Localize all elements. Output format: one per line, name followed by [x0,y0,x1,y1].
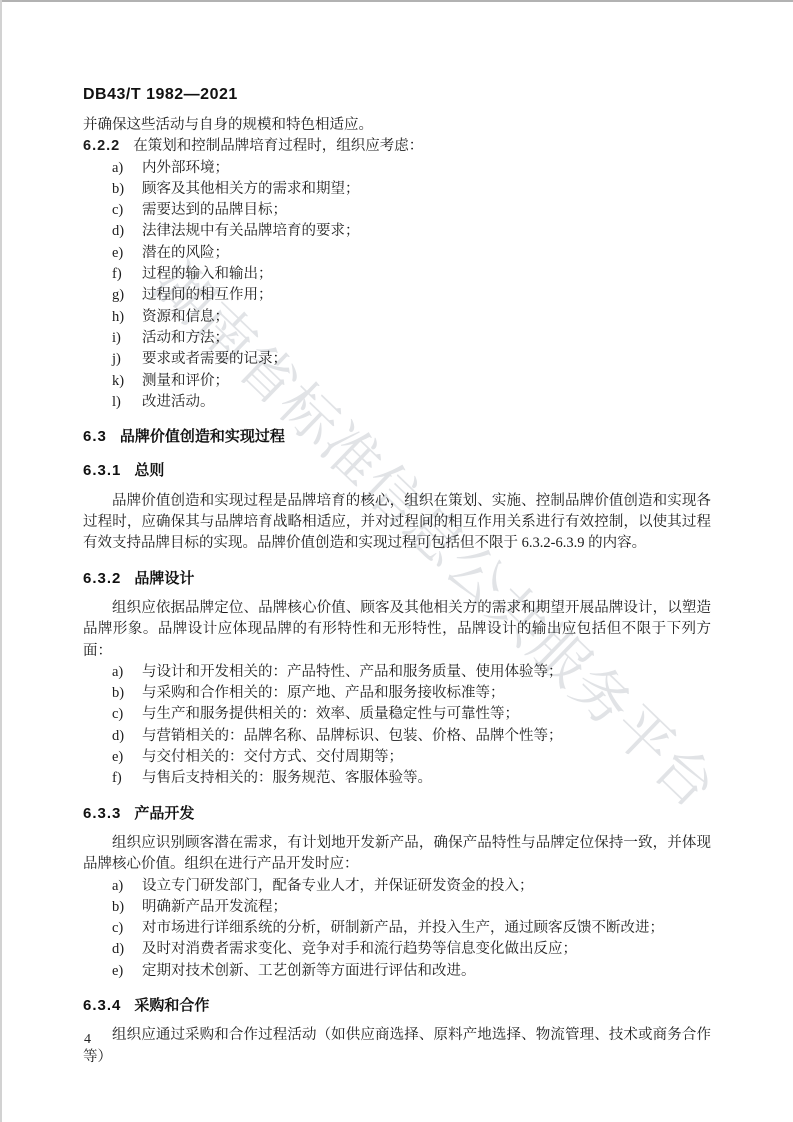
list-item-marker: d) [112,221,142,242]
heading-text: 产品开发 [134,805,194,822]
page-top-edge [0,0,793,2]
list-item-marker: l) [112,392,142,413]
list-item-text: 活动和方法； [142,330,229,346]
document-body: 并确保这些活动与自身的规模和特色相适应。6.2.2在策划和控制品牌培育过程时，组… [83,115,711,1068]
list-item-marker: e) [112,243,142,264]
heading-text: 品牌价值创造和实现过程 [120,428,285,445]
list-item-marker: j) [112,349,142,370]
paragraph: 组织应识别顾客潜在需求，有计划地开发新产品，确保产品特性与品牌定位保持一致，并体… [83,833,711,876]
heading-number: 6.3.1 [83,462,121,479]
list-item-text: 需要达到的品牌目标； [142,202,287,218]
heading-text: 品牌设计 [134,570,194,587]
list-item-text: 资源和信息； [142,309,229,325]
list-item: k)测量和评价； [83,371,711,392]
list-item: f)过程的输入和输出； [83,264,711,285]
list-item-marker: a) [112,662,142,683]
list-item: i)活动和方法； [83,328,711,349]
clause: 6.2.2在策划和控制品牌培育过程时，组织应考虑： [83,136,711,157]
list-item: b)与采购和合作相关的：原产地、产品和服务接收标准等； [83,683,711,704]
list-item: g)过程间的相互作用； [83,285,711,306]
list-item-text: 测量和评价； [142,373,229,389]
list-item: j)要求或者需要的记录； [83,349,711,370]
list-item-marker: b) [112,897,142,918]
list-item-marker: i) [112,328,142,349]
list-item-text: 过程的输入和输出； [142,266,273,282]
paragraph: 组织应通过采购和合作过程活动（如供应商选择、原料产地选择、物流管理、技术或商务合… [83,1025,711,1068]
page-left-edge [0,0,2,1122]
section-heading: 6.3.4采购和合作 [83,995,711,1016]
clause-number: 6.2.2 [83,138,120,154]
list-item: f)与售后支持相关的：服务规范、客服体验等。 [83,768,711,789]
list-item-text: 定期对技术创新、工艺创新等方面进行评估和改进。 [142,963,476,979]
list-item-text: 明确新产品开发流程； [142,899,287,915]
paragraph: 品牌价值创造和实现过程是品牌培育的核心，组织在策划、实施、控制品牌价值创造和实现… [83,491,711,555]
clause-text: 在策划和控制品牌培育过程时，组织应考虑： [133,138,423,154]
list-item-marker: b) [112,683,142,704]
list-item-marker: b) [112,179,142,200]
heading-number: 6.3 [83,428,107,445]
list-item: d)法律法规中有关品牌培育的要求； [83,221,711,242]
list-item-marker: k) [112,371,142,392]
list-item: h)资源和信息； [83,307,711,328]
list-item-text: 潜在的风险； [142,245,229,261]
list-item-text: 内外部环境； [142,160,229,176]
list-item: c)需要达到的品牌目标； [83,200,711,221]
list-item-marker: e) [112,747,142,768]
standard-number-header: DB43/T 1982—2021 [83,84,711,106]
section-heading: 6.3.1总则 [83,460,711,481]
list-item-marker: c) [112,704,142,725]
list-item: a)设立专门研发部门，配备专业人才，并保证研发资金的投入； [83,876,711,897]
list-item-text: 改进活动。 [142,394,215,410]
list-item: d)与营销相关的：品牌名称、品牌标识、包装、价格、品牌个性等； [83,726,711,747]
list-item: c)与生产和服务提供相关的：效率、质量稳定性与可靠性等； [83,704,711,725]
list-item-text: 要求或者需要的记录； [142,351,287,367]
list-item: a)内外部环境； [83,158,711,179]
list-item-marker: a) [112,158,142,179]
list-item: l)改进活动。 [83,392,711,413]
list-item: b)明确新产品开发流程； [83,897,711,918]
list-item-marker: a) [112,876,142,897]
paragraph: 组织应依据品牌定位、品牌核心价值、顾客及其他相关方的需求和期望开展品牌设计，以塑… [83,598,711,662]
list-item-text: 法律法规中有关品牌培育的要求； [142,223,360,239]
list-item-marker: d) [112,726,142,747]
list-item: e)潜在的风险； [83,243,711,264]
document-page: 湖南省标准信息公共服务平台 DB43/T 1982—2021 并确保这些活动与自… [0,0,793,1122]
list-item-text: 对市场进行详细系统的分析，研制新产品，并投入生产，通过顾客反馈不断改进； [142,920,664,936]
list-item-marker: h) [112,307,142,328]
list-item: c)对市场进行详细系统的分析，研制新产品，并投入生产，通过顾客反馈不断改进； [83,918,711,939]
list-item-marker: e) [112,961,142,982]
list-item-text: 与生产和服务提供相关的：效率、质量稳定性与可靠性等； [142,706,519,722]
list-item-marker: f) [112,768,142,789]
list-item: e)与交付相关的：交付方式、交付周期等； [83,747,711,768]
heading-number: 6.3.3 [83,805,121,822]
list-item-text: 与采购和合作相关的：原产地、产品和服务接收标准等； [142,685,505,701]
page-number: 4 [84,1029,91,1050]
list-item-text: 顾客及其他相关方的需求和期望； [142,181,360,197]
list-item-text: 设立专门研发部门，配备专业人才，并保证研发资金的投入； [142,878,534,894]
heading-text: 总则 [134,462,164,479]
list-item-text: 与售后支持相关的：服务规范、客服体验等。 [142,770,432,786]
list-item: d)及时对消费者需求变化、竞争对手和流行趋势等信息变化做出反应； [83,939,711,960]
heading-number: 6.3.4 [83,997,121,1014]
list-item-marker: c) [112,918,142,939]
list-item-marker: d) [112,939,142,960]
list-item-text: 与营销相关的：品牌名称、品牌标识、包装、价格、品牌个性等； [142,728,563,744]
section-heading: 6.3品牌价值创造和实现过程 [83,426,711,447]
list-item-text: 及时对消费者需求变化、竞争对手和流行趋势等信息变化做出反应； [142,941,577,957]
list-item-marker: g) [112,285,142,306]
list-item: b)顾客及其他相关方的需求和期望； [83,179,711,200]
list-item-marker: c) [112,200,142,221]
section-heading: 6.3.3产品开发 [83,803,711,824]
content-layer: DB43/T 1982—2021 并确保这些活动与自身的规模和特色相适应。6.2… [0,0,793,1068]
section-heading: 6.3.2品牌设计 [83,568,711,589]
heading-text: 采购和合作 [134,997,209,1014]
heading-number: 6.3.2 [83,570,121,587]
list-item-text: 与设计和开发相关的：产品特性、产品和服务质量、使用体验等； [142,664,563,680]
list-item-text: 与交付相关的：交付方式、交付周期等； [142,749,403,765]
paragraph: 并确保这些活动与自身的规模和特色相适应。 [83,115,711,136]
list-item-text: 过程间的相互作用； [142,287,273,303]
list-item: a)与设计和开发相关的：产品特性、产品和服务质量、使用体验等； [83,662,711,683]
list-item: e)定期对技术创新、工艺创新等方面进行评估和改进。 [83,961,711,982]
list-item-marker: f) [112,264,142,285]
